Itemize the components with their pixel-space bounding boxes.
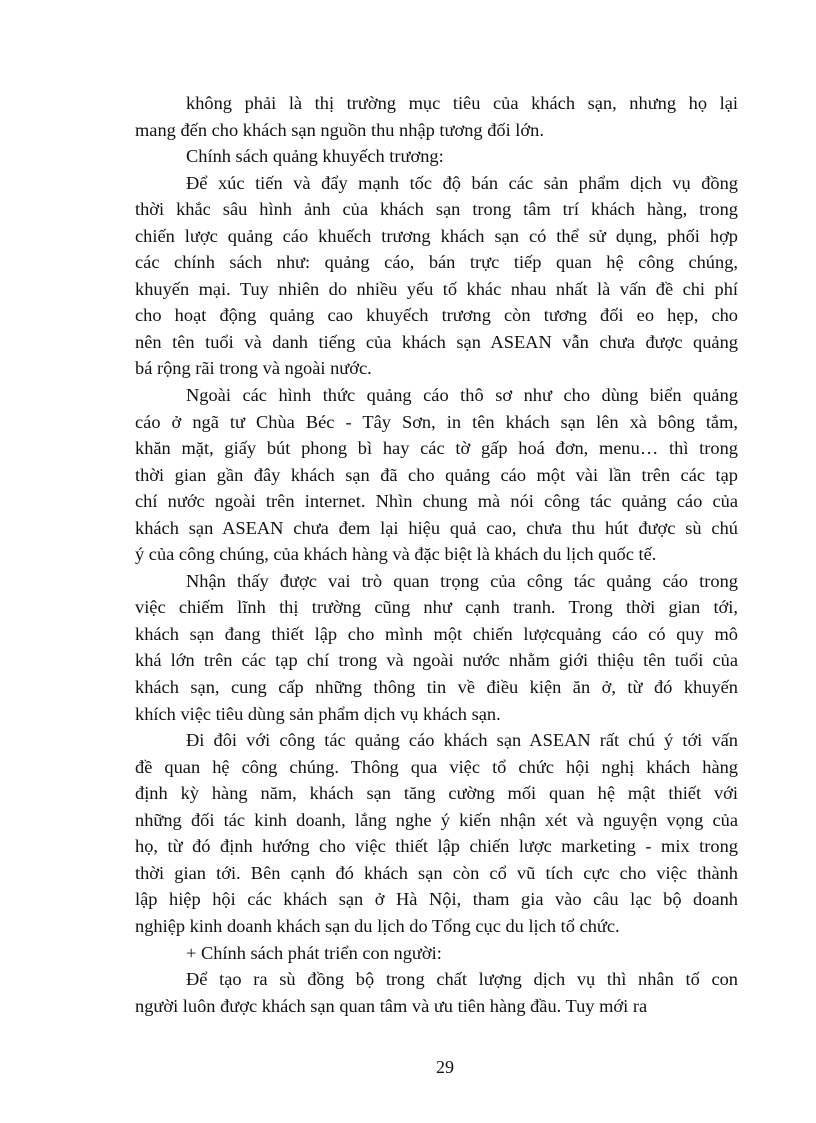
text-line: lập hiệp hội các khách sạn ở Hà Nội, tha… [135,886,738,913]
text-line: Ngoài các hình thức quảng cáo thô sơ như… [135,382,738,409]
text-line: Để xúc tiến và đẩy mạnh tốc độ bán các s… [135,170,738,197]
text-line: nghiệp kinh doanh khách sạn du lịch do T… [135,913,738,940]
text-line: Chính sách quảng khuyếch trương: [135,143,738,170]
text-line: cho hoạt động quảng cao khuyếch trương c… [135,302,738,329]
text-line: + Chính sách phát triển con người: [135,940,738,967]
text-line: mang đến cho khách sạn nguồn thu nhập tư… [135,117,738,144]
text-line: Đi đôi với công tác quảng cáo khách sạn … [135,727,738,754]
page-number: 29 [0,1057,816,1078]
text-line: khách sạn đang thiết lập cho mình một ch… [135,621,738,648]
text-line: khuyến mại. Tuy nhiên do nhiều yếu tố kh… [135,276,738,303]
text-line: thời gian gần đây khách sạn đã cho quảng… [135,462,738,489]
text-line: khá lớn trên các tạp chí trong và ngoài … [135,647,738,674]
body-text: không phải là thị trường mục tiêu của kh… [135,90,738,1019]
text-line: khách sạn, cung cấp những thông tin về đ… [135,674,738,701]
text-line: việc chiếm lĩnh thị trường cũng như cạnh… [135,594,738,621]
text-line: thời khắc sâu hình ảnh của khách sạn tro… [135,196,738,223]
text-line: chí nước ngoài trên internet. Nhìn chung… [135,488,738,515]
document-page: không phải là thị trường mục tiêu của kh… [0,0,816,1123]
text-line: Để tạo ra sù đồng bộ trong chất lượng dị… [135,966,738,993]
text-line: khách sạn ASEAN chưa đem lại hiệu quả ca… [135,515,738,542]
text-line: đề quan hệ công chúng. Thông qua việc tổ… [135,754,738,781]
text-line: Nhận thấy được vai trò quan trọng của cô… [135,568,738,595]
text-line: những đối tác kinh doanh, lắng nghe ý ki… [135,807,738,834]
text-line: khăn mặt, giấy bút phong bì hay các tờ g… [135,435,738,462]
text-line: thời gian tới. Bên cạnh đó khách sạn còn… [135,860,738,887]
text-line: họ, từ đó định hướng cho việc thiết lập … [135,833,738,860]
text-line: khích việc tiêu dùng sản phẩm dịch vụ kh… [135,701,738,728]
text-line: chiến lược quảng cáo khuếch trương khách… [135,223,738,250]
text-line: định kỳ hàng năm, khách sạn tăng cường m… [135,780,738,807]
text-line: không phải là thị trường mục tiêu của kh… [135,90,738,117]
text-line: nên tên tuổi và danh tiếng của khách sạn… [135,329,738,356]
text-line: cáo ở ngã tư Chùa Béc - Tây Sơn, in tên … [135,409,738,436]
text-line: ý của công chúng, của khách hàng và đặc … [135,541,738,568]
text-line: bá rộng rãi trong và ngoài nước. [135,355,738,382]
text-line: người luôn được khách sạn quan tâm và ưu… [135,993,738,1020]
text-line: các chính sách như: quảng cáo, bán trực … [135,249,738,276]
